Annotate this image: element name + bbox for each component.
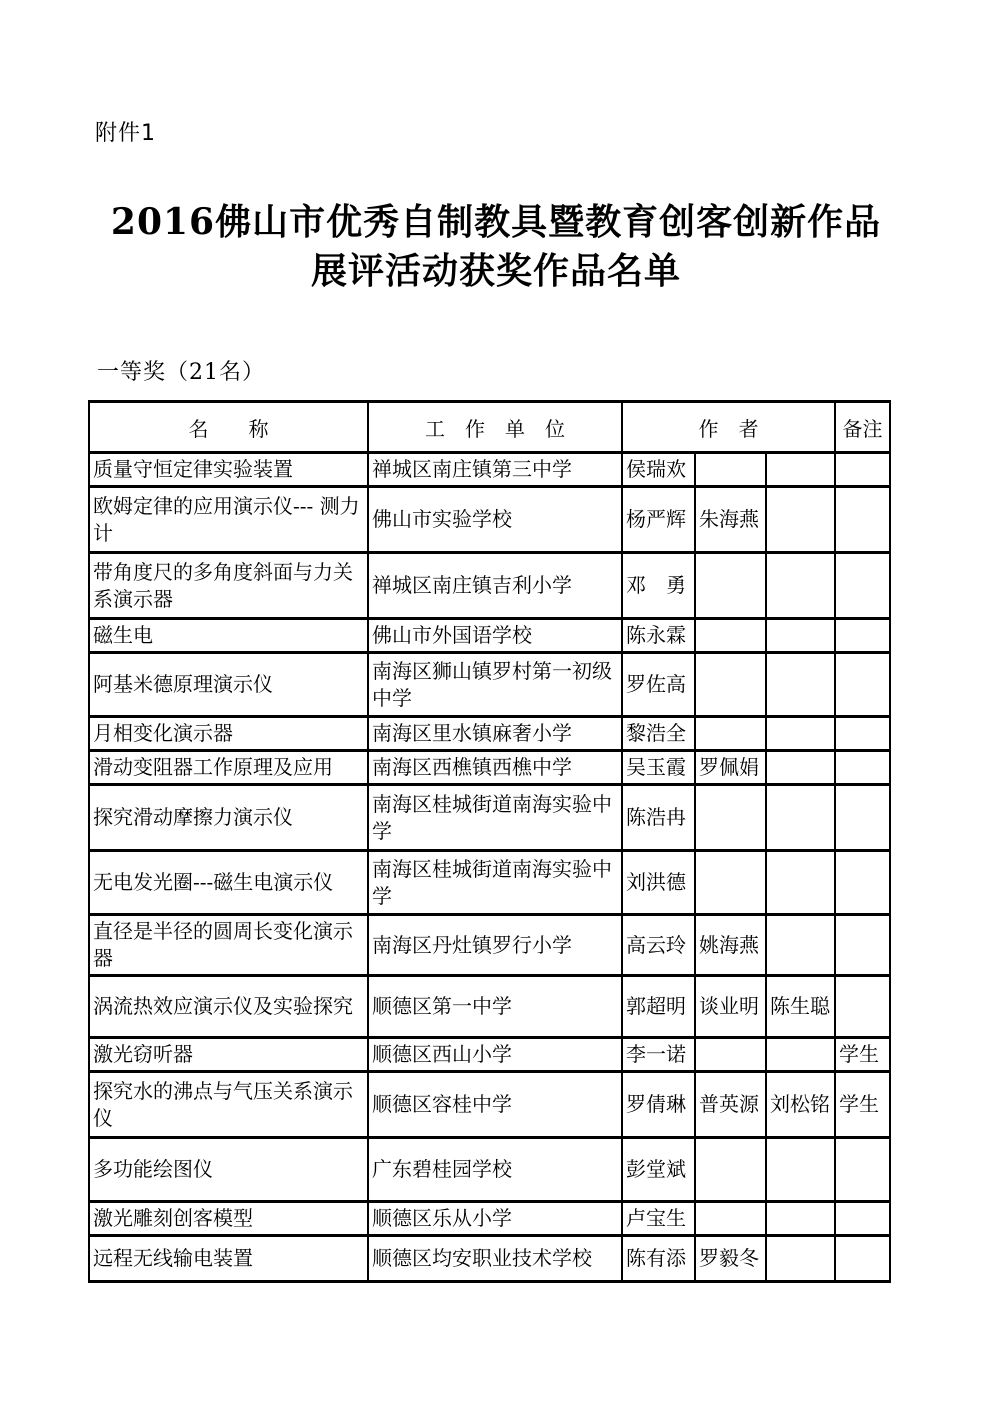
cell-author-1: 黎浩全: [622, 717, 695, 751]
attachment-label: 附件1: [95, 116, 156, 147]
cell-author-3: [766, 487, 835, 553]
table-row: 月相变化演示器南海区里水镇麻奢小学黎浩全: [89, 717, 890, 751]
cell-author-1: 罗倩琳: [622, 1072, 695, 1138]
cell-author-1: 罗佐高: [622, 653, 695, 717]
cell-author-1: 李一诺: [622, 1038, 695, 1072]
cell-unit: 禅城区南庄镇第三中学: [368, 453, 622, 487]
document-page: 附件1 2016佛山市优秀自制教具暨教育创客创新作品 展评活动获奖作品名单 一等…: [0, 0, 992, 1403]
table-row: 远程无线输电装置顺德区均安职业技术学校陈有添罗毅冬: [89, 1236, 890, 1282]
cell-author-2: [695, 785, 766, 851]
cell-author-2: [695, 619, 766, 653]
table-row: 涡流热效应演示仪及实验探究顺德区第一中学郭超明谈业明陈生聪: [89, 976, 890, 1038]
table-row: 无电发光圈---磁生电演示仪南海区桂城街道南海实验中学刘洪德: [89, 851, 890, 915]
cell-unit: 佛山市实验学校: [368, 487, 622, 553]
cell-name: 探究水的沸点与气压关系演示仪: [89, 1072, 368, 1138]
section-heading-first-prize: 一等奖（21名）: [97, 355, 265, 386]
cell-author-3: [766, 653, 835, 717]
table-row: 带角度尺的多角度斜面与力关系演示器禅城区南庄镇吉利小学邓 勇: [89, 553, 890, 619]
table-row: 磁生电佛山市外国语学校陈永霖: [89, 619, 890, 653]
document-title-line1: 2016佛山市优秀自制教具暨教育创客创新作品: [111, 201, 881, 243]
cell-name: 欧姆定律的应用演示仪--- 测力计: [89, 487, 368, 553]
cell-name: 激光雕刻创客模型: [89, 1202, 368, 1236]
cell-unit: 顺德区第一中学: [368, 976, 622, 1038]
cell-remark: [835, 453, 890, 487]
col-header-name: 名 称: [89, 402, 368, 453]
cell-author-1: 卢宝生: [622, 1202, 695, 1236]
cell-remark: [835, 785, 890, 851]
cell-author-1: 陈有添: [622, 1236, 695, 1282]
table-row: 激光窃听器顺德区西山小学李一诺学生: [89, 1038, 890, 1072]
awards-table-header: 名 称 工 作 单 位 作 者 备注: [89, 402, 890, 453]
document-title: 2016佛山市优秀自制教具暨教育创客创新作品 展评活动获奖作品名单: [0, 198, 992, 296]
cell-remark: [835, 915, 890, 976]
cell-author-1: 陈浩冉: [622, 785, 695, 851]
table-row: 探究水的沸点与气压关系演示仪顺德区容桂中学罗倩琳普英源刘松铭学生: [89, 1072, 890, 1138]
cell-author-3: [766, 785, 835, 851]
awards-table-body: 质量守恒定律实验装置禅城区南庄镇第三中学侯瑞欢欧姆定律的应用演示仪--- 测力计…: [89, 453, 890, 1282]
cell-remark: [835, 553, 890, 619]
cell-remark: [835, 717, 890, 751]
table-row: 直径是半径的圆周长变化演示器南海区丹灶镇罗行小学高云玲姚海燕: [89, 915, 890, 976]
cell-unit: 佛山市外国语学校: [368, 619, 622, 653]
cell-unit: 禅城区南庄镇吉利小学: [368, 553, 622, 619]
cell-author-3: [766, 1038, 835, 1072]
cell-author-2: 谈业明: [695, 976, 766, 1038]
cell-author-2: [695, 1138, 766, 1202]
cell-unit: 南海区狮山镇罗村第一初级中学: [368, 653, 622, 717]
cell-unit: 南海区桂城街道南海实验中学: [368, 851, 622, 915]
cell-author-3: [766, 453, 835, 487]
cell-author-3: [766, 1138, 835, 1202]
table-row: 激光雕刻创客模型顺德区乐从小学卢宝生: [89, 1202, 890, 1236]
cell-author-1: 刘洪德: [622, 851, 695, 915]
table-row: 质量守恒定律实验装置禅城区南庄镇第三中学侯瑞欢: [89, 453, 890, 487]
cell-author-2: [695, 851, 766, 915]
cell-author-2: [695, 453, 766, 487]
cell-author-1: 吴玉霞: [622, 751, 695, 785]
cell-remark: [835, 653, 890, 717]
cell-name: 磁生电: [89, 619, 368, 653]
cell-author-3: [766, 1236, 835, 1282]
cell-unit: 顺德区乐从小学: [368, 1202, 622, 1236]
col-header-unit: 工 作 单 位: [368, 402, 622, 453]
awards-table: 名 称 工 作 单 位 作 者 备注 质量守恒定律实验装置禅城区南庄镇第三中学侯…: [88, 400, 891, 1283]
cell-name: 无电发光圈---磁生电演示仪: [89, 851, 368, 915]
cell-unit: 南海区西樵镇西樵中学: [368, 751, 622, 785]
cell-name: 远程无线输电装置: [89, 1236, 368, 1282]
cell-remark: [835, 1236, 890, 1282]
cell-name: 阿基米德原理演示仪: [89, 653, 368, 717]
cell-author-2: [695, 717, 766, 751]
cell-author-3: [766, 851, 835, 915]
cell-name: 带角度尺的多角度斜面与力关系演示器: [89, 553, 368, 619]
cell-author-2: [695, 1038, 766, 1072]
cell-author-3: [766, 751, 835, 785]
cell-author-3: [766, 1202, 835, 1236]
col-header-remark: 备注: [835, 402, 890, 453]
cell-name: 探究滑动摩擦力演示仪: [89, 785, 368, 851]
table-row: 多功能绘图仪广东碧桂园学校彭堂斌: [89, 1138, 890, 1202]
cell-name: 涡流热效应演示仪及实验探究: [89, 976, 368, 1038]
cell-author-2: 朱海燕: [695, 487, 766, 553]
cell-remark: [835, 487, 890, 553]
document-title-line2: 展评活动获奖作品名单: [311, 250, 681, 292]
cell-author-1: 侯瑞欢: [622, 453, 695, 487]
cell-author-1: 彭堂斌: [622, 1138, 695, 1202]
cell-author-2: [695, 553, 766, 619]
cell-remark: [835, 1138, 890, 1202]
cell-author-2: [695, 1202, 766, 1236]
cell-unit: 南海区丹灶镇罗行小学: [368, 915, 622, 976]
cell-remark: [835, 976, 890, 1038]
cell-remark: [835, 619, 890, 653]
cell-remark: [835, 751, 890, 785]
cell-name: 激光窃听器: [89, 1038, 368, 1072]
cell-name: 直径是半径的圆周长变化演示器: [89, 915, 368, 976]
cell-author-2: 普英源: [695, 1072, 766, 1138]
cell-remark: [835, 1202, 890, 1236]
cell-author-1: 杨严辉: [622, 487, 695, 553]
cell-unit: 广东碧桂园学校: [368, 1138, 622, 1202]
table-row: 阿基米德原理演示仪南海区狮山镇罗村第一初级中学罗佐高: [89, 653, 890, 717]
cell-remark: [835, 851, 890, 915]
cell-name: 滑动变阻器工作原理及应用: [89, 751, 368, 785]
cell-unit: 南海区里水镇麻奢小学: [368, 717, 622, 751]
cell-author-3: [766, 915, 835, 976]
cell-name: 月相变化演示器: [89, 717, 368, 751]
cell-author-3: [766, 717, 835, 751]
table-row: 欧姆定律的应用演示仪--- 测力计佛山市实验学校杨严辉朱海燕: [89, 487, 890, 553]
table-row: 滑动变阻器工作原理及应用南海区西樵镇西樵中学吴玉霞罗佩娟: [89, 751, 890, 785]
cell-unit: 南海区桂城街道南海实验中学: [368, 785, 622, 851]
cell-author-1: 邓 勇: [622, 553, 695, 619]
cell-remark: 学生: [835, 1038, 890, 1072]
cell-author-1: 郭超明: [622, 976, 695, 1038]
cell-author-1: 陈永霖: [622, 619, 695, 653]
cell-author-3: [766, 619, 835, 653]
cell-name: 多功能绘图仪: [89, 1138, 368, 1202]
cell-author-3: 陈生聪: [766, 976, 835, 1038]
cell-author-2: 罗佩娟: [695, 751, 766, 785]
cell-author-2: 罗毅冬: [695, 1236, 766, 1282]
cell-unit: 顺德区容桂中学: [368, 1072, 622, 1138]
header-row: 名 称 工 作 单 位 作 者 备注: [89, 402, 890, 453]
cell-author-3: [766, 553, 835, 619]
cell-name: 质量守恒定律实验装置: [89, 453, 368, 487]
cell-unit: 顺德区西山小学: [368, 1038, 622, 1072]
cell-author-1: 高云玲: [622, 915, 695, 976]
table-row: 探究滑动摩擦力演示仪南海区桂城街道南海实验中学陈浩冉: [89, 785, 890, 851]
cell-author-2: [695, 653, 766, 717]
cell-author-3: 刘松铭: [766, 1072, 835, 1138]
cell-unit: 顺德区均安职业技术学校: [368, 1236, 622, 1282]
cell-author-2: 姚海燕: [695, 915, 766, 976]
cell-remark: 学生: [835, 1072, 890, 1138]
col-header-authors: 作 者: [622, 402, 835, 453]
